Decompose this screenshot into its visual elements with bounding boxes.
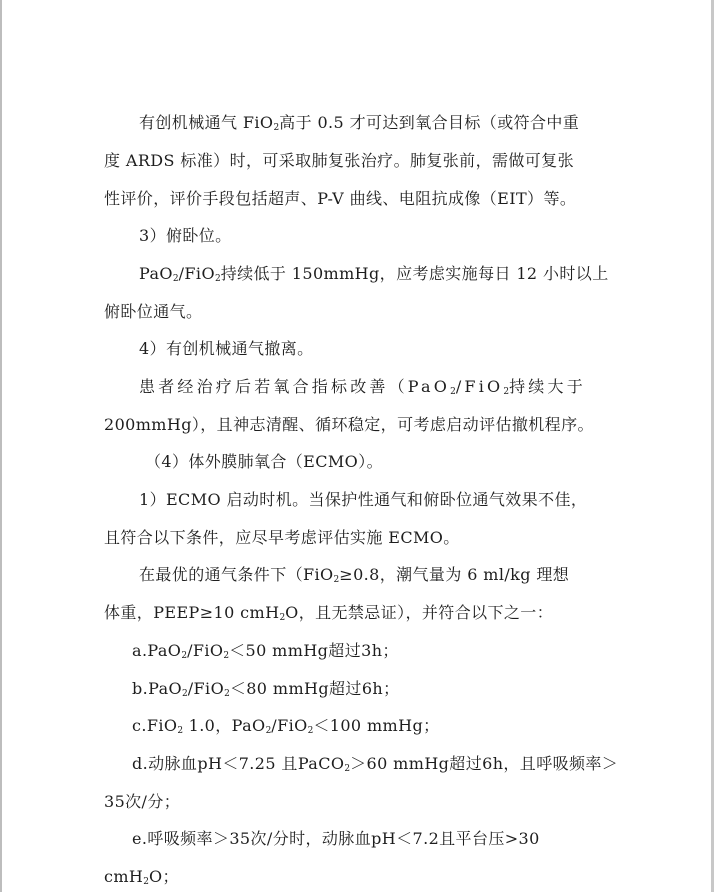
text: e.呼吸频率＞35次/分时，动脉血pH＜7.2且平台压>30: [132, 829, 540, 848]
paragraph-ecmo-conditions-line-1: 在最优的通气条件下（FiO2≥0.8，潮气量为 6 ml/kg 理想: [139, 565, 569, 590]
text: 俯卧位通气。: [104, 302, 202, 321]
text: PaO: [139, 264, 173, 283]
text: /FiO: [187, 641, 223, 660]
text: a.PaO: [132, 641, 181, 660]
text: ＞60 mmHg超过6h，且呼吸频率＞: [350, 754, 618, 773]
text: c.FiO: [132, 716, 177, 735]
list-item-c: c.FiO2 1.0，PaO2/FiO2＜100 mmHg；: [132, 716, 440, 741]
text: 有创机械通气 FiO: [139, 113, 273, 132]
text: ＜80 mmHg超过6h；: [230, 679, 400, 698]
text: 3）俯卧位。: [139, 226, 232, 245]
list-item-e-line-1: e.呼吸频率＞35次/分时，动脉血pH＜7.2且平台压>30: [132, 829, 540, 849]
text: 1）ECMO 启动时机。当保护性通气和俯卧位通气效果不佳，: [139, 490, 587, 509]
text: ≥0.8，潮气量为 6 ml/kg 理想: [339, 565, 569, 584]
text: 200mmHg），且神志清醒、循环稳定，可考虑启动评估撤机程序。: [104, 415, 594, 434]
text: 患者经治疗后若氧合指标改善（PaO: [139, 377, 450, 396]
text: 在最优的通气条件下（FiO: [139, 565, 334, 584]
text: ＜100 mmHg；: [313, 716, 439, 735]
text: d.动脉血pH＜7.25 且PaCO: [132, 754, 344, 773]
paragraph-lung-recruitment-line-1: 有创机械通气 FiO2高于 0.5 才可达到氧合目标（或符合中重: [139, 113, 579, 138]
text: /FiO: [179, 264, 215, 283]
paragraph-ecmo-timing-line-1: 1）ECMO 启动时机。当保护性通气和俯卧位通气效果不佳，: [139, 490, 587, 510]
text: ＜50 mmHg超过3h；: [229, 641, 399, 660]
text: 高于 0.5 才可达到氧合目标（或符合中重: [279, 113, 579, 132]
paragraph-ecmo-conditions-line-2: 体重，PEEP≥10 cmH2O，且无禁忌证），并符合以下之一：: [104, 603, 553, 628]
text: /FiO: [188, 679, 224, 698]
heading-prone-position: 3）俯卧位。: [139, 226, 232, 246]
text: 性评价，评价手段包括超声、P-V 曲线、电阻抗成像（EIT）等。: [104, 189, 576, 208]
paragraph-weaning-line-1: 患者经治疗后若氧合指标改善（PaO2/FiO2持续大于: [139, 377, 586, 402]
paragraph-lung-recruitment-line-2: 度 ARDS 标准）时，可采取肺复张治疗。肺复张前，需做可复张: [104, 151, 574, 171]
text: O，且无禁忌证），并符合以下之一：: [285, 603, 553, 622]
document-page: 有创机械通气 FiO2高于 0.5 才可达到氧合目标（或符合中重 度 ARDS …: [0, 0, 714, 892]
paragraph-lung-recruitment-line-3: 性评价，评价手段包括超声、P-V 曲线、电阻抗成像（EIT）等。: [104, 189, 576, 209]
text: 4）有创机械通气撤离。: [139, 339, 314, 358]
text: b.PaO: [132, 679, 182, 698]
text: /FiO: [271, 716, 307, 735]
paragraph-ecmo-timing-line-2: 且符合以下条件，应尽早考虑评估实施 ECMO。: [104, 528, 460, 548]
list-item-e-line-2: cmH2O；: [104, 867, 179, 892]
list-item-d-line-1: d.动脉血pH＜7.25 且PaCO2＞60 mmHg超过6h，且呼吸频率＞: [132, 754, 618, 779]
paragraph-prone-line-1: PaO2/FiO2持续低于 150mmHg，应考虑实施每日 12 小时以上: [139, 264, 609, 289]
text: （4）体外膜肺氧合（ECMO）。: [145, 452, 383, 471]
list-item-d-line-2: 35次/分；: [104, 792, 180, 812]
text: 35次/分；: [104, 792, 180, 811]
list-item-a: a.PaO2/FiO2＜50 mmHg超过3h；: [132, 641, 399, 666]
text: 度 ARDS 标准）时，可采取肺复张治疗。肺复张前，需做可复张: [104, 151, 574, 170]
text: 体重，PEEP≥10 cmH: [104, 603, 279, 622]
text: O；: [149, 867, 179, 886]
heading-ecmo: （4）体外膜肺氧合（ECMO）。: [145, 452, 383, 472]
paragraph-prone-line-2: 俯卧位通气。: [104, 302, 202, 322]
text: cmH: [104, 867, 143, 886]
text: 且符合以下条件，应尽早考虑评估实施 ECMO。: [104, 528, 460, 547]
text: /FiO: [456, 377, 504, 396]
text: 持续低于 150mmHg，应考虑实施每日 12 小时以上: [221, 264, 609, 283]
list-item-b: b.PaO2/FiO2＜80 mmHg超过6h；: [132, 679, 400, 704]
heading-ventilation-weaning: 4）有创机械通气撤离。: [139, 339, 314, 359]
paragraph-weaning-line-2: 200mmHg），且神志清醒、循环稳定，可考虑启动评估撤机程序。: [104, 415, 594, 435]
text: 1.0，PaO: [183, 716, 265, 735]
text: 持续大于: [509, 377, 586, 396]
